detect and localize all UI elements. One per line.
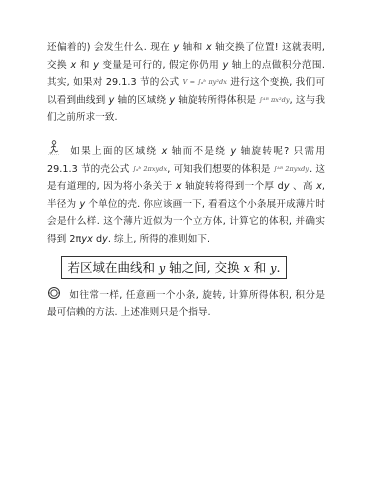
text-segment: 如果上面的区域绕 xyxy=(69,146,162,157)
paragraph-shell-method: 如果上面的区域绕 x 轴而不是绕 y 轴旋转呢? 只需用 29.1.3 节的壳公… xyxy=(47,140,325,249)
text-segment: 和 xyxy=(250,260,270,275)
text-segment: 轴旋转所得体积是 xyxy=(175,95,259,106)
text-segment: . xyxy=(277,260,281,275)
text-segment: 轴之间, 交换 xyxy=(165,260,243,275)
inline-formula-shell: ∫ₐᵇ 2πxydx xyxy=(133,165,168,173)
text-segment: 、高 xyxy=(290,181,317,192)
text-segment: 和 xyxy=(76,60,93,71)
text-segment: 还偏着的) 会发生什么. 现在 xyxy=(47,42,174,53)
paragraph-advice: 如往常一样, 任意画一个小条, 旋转, 计算所得体积, 积分是最可信赖的方法. … xyxy=(47,286,325,322)
text-segment: , 可知我们想要的体积是 xyxy=(167,164,273,175)
text-segment: 变量是可行的, 假定你仍用 xyxy=(99,60,223,71)
rule-callout-box: 若区域在曲线和 y 轴之间, 交换 x 和 y. xyxy=(61,256,287,279)
walking-figure-icon xyxy=(47,140,61,154)
text-segment: 如往常一样, 任意画一个小条, 旋转, 计算所得体积, 积分是最可信赖的方法. … xyxy=(47,290,325,319)
document-page: 还偏着的) 会发生什么. 现在 y 轴和 x 轴交换了位置! 这就表明, 交换 … xyxy=(47,39,325,322)
circle-target-icon xyxy=(47,286,61,300)
paragraph-volume-swap: 还偏着的) 会发生什么. 现在 y 轴和 x 轴交换了位置! 这就表明, 交换 … xyxy=(47,39,325,127)
text-segment: . 综上, 所得的准则如下. xyxy=(108,234,210,245)
inline-formula-volume: ∫ᴬᴮ πx²dy xyxy=(259,96,289,104)
text-segment: 轴而不是绕 xyxy=(167,146,230,157)
inline-formula-shell-swapped: ∫ᴬᴮ 2πyxdy xyxy=(274,165,310,173)
inline-formula-disc: V = ∫ₐᵇ πy²dx xyxy=(183,78,227,86)
text-segment: 若区域在曲线和 xyxy=(68,260,159,275)
text-segment: 轴和 xyxy=(179,42,206,53)
text-segment: 轴的区域绕 xyxy=(114,95,169,106)
text-segment: 轴旋转将得到一个厚 d xyxy=(182,181,284,192)
math-variable: yx xyxy=(81,234,92,245)
text-segment: d xyxy=(93,234,102,245)
